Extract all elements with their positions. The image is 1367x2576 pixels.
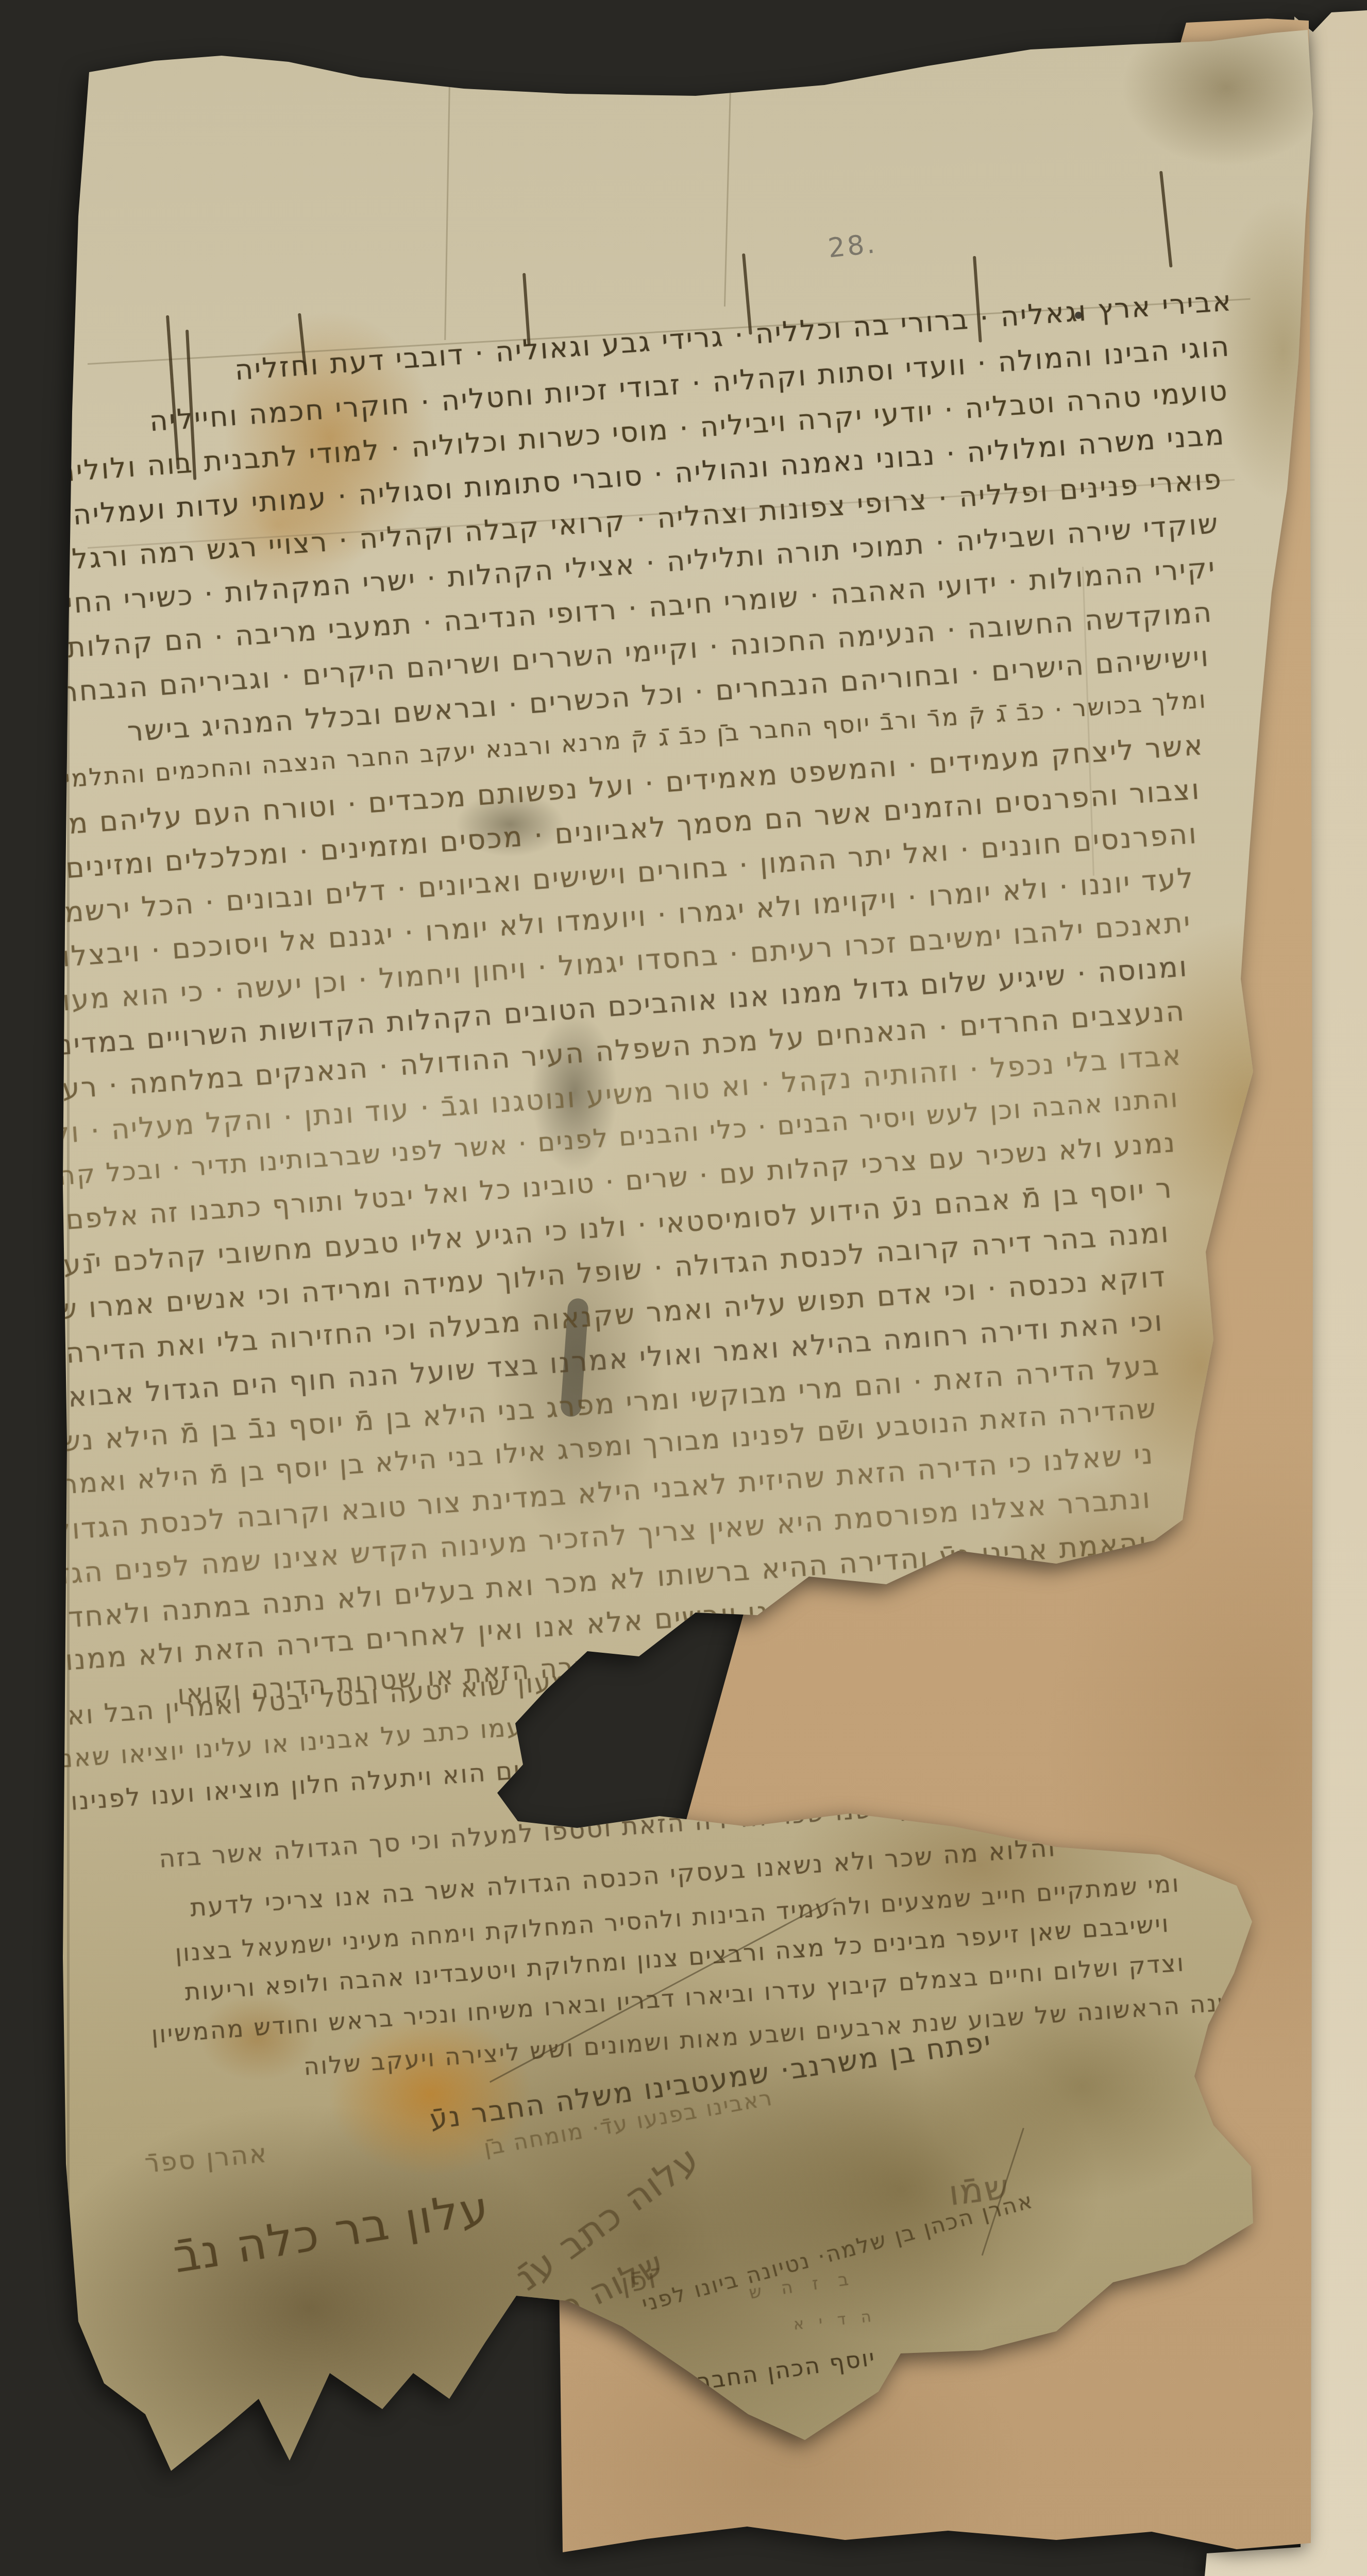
manuscript-text-line: אהרן הכהן בן שלמה· נטיונה ביונו לפני [639, 2188, 1037, 2316]
manuscript-text-line: ה ד י א [792, 2307, 877, 2334]
manuscript-text-line: יוסף הכהן החבר ברבי יעקב נעֿ [540, 2344, 877, 2417]
photo-mat: 28. אבירי ארץ וגאליה · ברורי בה וכלליה ·… [0, 0, 1367, 2576]
parchment: 28. אבירי ארץ וגאליה · ברורי בה וכלליה ·… [0, 0, 1367, 2576]
manuscript-text-line: עלון בר כלה נבֿ [170, 2181, 494, 2283]
manuscript-text-line: פ ו ש ט ו ס [457, 2416, 670, 2452]
manuscript-text-line: אהרן ספרֿ [144, 2138, 269, 2179]
parchment-wrap: 28. אבירי ארץ וגאליה · ברורי בה וכלליה ·… [0, 0, 1367, 2576]
manuscript-text-line: וֿפֿן [619, 2263, 660, 2299]
text-layer: אבירי ארץ וגאליה · ברורי בה וכלליה · גרי… [0, 0, 1367, 2576]
wormhole [639, 1717, 645, 1723]
